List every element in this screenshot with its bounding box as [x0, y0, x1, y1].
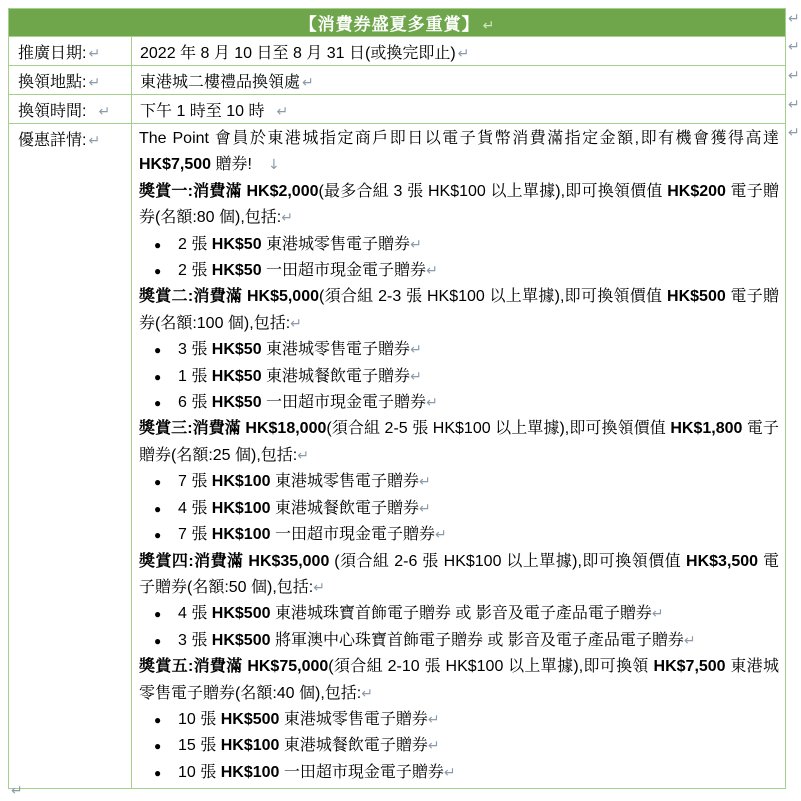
promotion-table: 【消費券盛夏多重賞】↵ 推廣日期:↵ 2022 年 8 月 10 日至 8 月 …	[8, 8, 786, 789]
label-redemption-location: 換領地點:↵	[9, 66, 132, 95]
paragraph-mark: ↵	[483, 18, 495, 34]
text-segment: 東港城零售電子贈券	[262, 341, 410, 358]
table-header-row: 【消費券盛夏多重賞】↵	[9, 9, 786, 37]
bullet-icon: ●	[154, 707, 178, 733]
paragraph-mark: ↵	[276, 104, 288, 120]
row-end-mark: ↵	[788, 68, 800, 84]
table-row-redemption-location: 換領地點:↵ 東港城二樓禮品換領處↵	[9, 66, 786, 95]
text-segment: 15 張	[178, 737, 221, 754]
text-segment: 1 張	[178, 368, 212, 385]
text-segment: 獎賞一:消費滿 HK$2,000	[139, 183, 319, 200]
label-offer-details: 優惠詳情:↵	[9, 124, 132, 789]
text-segment: 7 張	[178, 473, 212, 490]
paragraph-mark: ↵	[410, 237, 422, 253]
paragraph-mark: ↵	[410, 342, 422, 358]
bullet-item: ●3 張 HK$50 東港城零售電子贈券↵	[139, 337, 779, 363]
bullet-icon: ●	[154, 232, 178, 258]
paragraph-mark: ↵	[426, 263, 438, 279]
value-text: 東港城二樓禮品換領處	[140, 74, 300, 91]
text-segment: HK$100	[221, 737, 280, 754]
bullet-icon: ●	[154, 390, 178, 416]
value-redemption-time: 下午 1 時至 10 時↵	[132, 95, 786, 124]
text-segment: 東港城珠寶首飾電子贈券 或 影音及電子產品電子贈券	[271, 605, 652, 622]
bullet-item: ●2 張 HK$50 一田超市現金電子贈券↵	[139, 258, 779, 284]
text-segment: 6 張	[178, 394, 212, 411]
table-row-offer-details: 優惠詳情:↵ The Point 會員於東港城指定商戶即日以電子貨幣消費滿指定金…	[9, 124, 786, 789]
bullet-item: ●1 張 HK$50 東港城餐飲電子贈券↵	[139, 364, 779, 390]
bullet-icon: ●	[154, 364, 178, 390]
text-segment: 4 張	[178, 500, 212, 517]
value-text: 2022 年 8 月 10 日至 8 月 31 日(或換完即止)	[140, 45, 456, 62]
paragraph-mark: ↵	[281, 210, 293, 226]
paragraph-mark: ↵	[88, 75, 100, 91]
paragraph-mark: ↵	[426, 395, 438, 411]
bullet-icon: ●	[154, 469, 178, 495]
bullet-item: ●10 張 HK$500 東港城零售電子贈券↵	[139, 707, 779, 733]
text-segment: HK$50	[212, 368, 262, 385]
table-row-redemption-time: 換領時間:↵ 下午 1 時至 10 時↵	[9, 95, 786, 124]
text-segment: 贈券!	[211, 156, 252, 173]
text-segment: 一田超市現金電子贈券	[271, 526, 435, 543]
bullet-icon: ●	[154, 733, 178, 759]
text-segment: 3 張	[178, 341, 212, 358]
paragraph-mark: ↵	[88, 46, 100, 62]
paragraph-mark: ↵	[410, 369, 422, 385]
paragraph-mark: ↵	[98, 104, 110, 120]
text-segment: 東港城零售電子贈券	[262, 236, 410, 253]
text-segment: 東港城餐飲電子贈券	[271, 500, 419, 517]
bullet-item: ●4 張 HK$100 東港城餐飲電子贈券↵	[139, 496, 779, 522]
text-segment: HK$50	[212, 236, 262, 253]
text-segment: The Point 會員於東港城指定商戶即日以電子貨幣消費滿指定金額,即有機會獲…	[139, 130, 779, 147]
detail-paragraph: The Point 會員於東港城指定商戶即日以電子貨幣消費滿指定金額,即有機會獲…	[139, 126, 779, 179]
value-redemption-location: 東港城二樓禮品換領處↵	[132, 66, 786, 95]
text-segment: 2 張	[178, 236, 212, 253]
bullet-icon: ●	[154, 337, 178, 363]
paragraph-mark: ↵	[419, 501, 431, 517]
paragraph-mark: ↵	[444, 765, 456, 781]
text-segment: HK$50	[212, 341, 262, 358]
paragraph-mark: ↵	[302, 75, 314, 91]
table-row-promotion-date: 推廣日期:↵ 2022 年 8 月 10 日至 8 月 31 日(或換完即止)↵	[9, 37, 786, 66]
paragraph-mark: ↵	[290, 316, 302, 332]
row-end-mark: ↵	[788, 125, 800, 141]
text-segment: 10 張	[178, 711, 221, 728]
detail-paragraph: 獎賞五:消費滿 HK$75,000(須合組 2-10 張 HK$100 以上單據…	[139, 654, 779, 707]
text-segment: 3 張	[178, 632, 212, 649]
bullet-icon: ●	[154, 628, 178, 654]
text-segment: 獎賞五:消費滿 HK$75,000	[139, 658, 328, 675]
text-segment: 東港城零售電子贈券	[271, 473, 419, 490]
text-segment: HK$1,800	[670, 420, 742, 437]
text-segment: 獎賞二:消費滿 HK$5,000	[139, 288, 319, 305]
label-text: 推廣日期:	[18, 45, 86, 62]
text-segment: HK$100	[212, 500, 271, 517]
paragraph-mark: ↵	[313, 580, 325, 596]
text-segment: 將軍澳中心珠寶首飾電子贈券 或 影音及電子產品電子贈券	[271, 632, 684, 649]
label-text: 換領地點:	[18, 74, 86, 91]
text-segment: HK$3,500	[686, 553, 758, 570]
text-segment: 一田超市現金電子贈券	[262, 394, 426, 411]
paragraph-mark: ↵	[11, 783, 23, 799]
label-redemption-time: 換領時間:↵	[9, 95, 132, 124]
document-page: 【消費券盛夏多重賞】↵ 推廣日期:↵ 2022 年 8 月 10 日至 8 月 …	[0, 0, 801, 801]
paragraph-mark: ↵	[684, 633, 696, 649]
text-segment: HK$7,500	[139, 156, 211, 173]
text-segment: (須合組 2-5 張 HK$100 以上單據),即可換領價值	[326, 420, 670, 437]
bullet-item: ●4 張 HK$500 東港城珠寶首飾電子贈券 或 影音及電子產品電子贈券↵	[139, 601, 779, 627]
text-segment: 一田超市現金電子贈券	[279, 764, 443, 781]
bullet-item: ●7 張 HK$100 一田超市現金電子贈券↵	[139, 522, 779, 548]
row-end-mark: ↵	[788, 11, 800, 27]
text-segment: 東港城零售電子贈券	[279, 711, 427, 728]
value-text: 下午 1 時至 10 時	[140, 103, 264, 120]
detail-paragraph: 獎賞三:消費滿 HK$18,000(須合組 2-5 張 HK$100 以上單據)…	[139, 416, 779, 469]
text-segment: (最多合組 3 張 HK$100 以上單據),即可換領價值	[319, 183, 668, 200]
value-promotion-date: 2022 年 8 月 10 日至 8 月 31 日(或換完即止)↵	[132, 37, 786, 66]
paragraph-mark: ↵	[361, 686, 373, 702]
bullet-icon: ●	[154, 496, 178, 522]
bullet-icon: ●	[154, 760, 178, 786]
paragraph-mark: ↵	[297, 448, 309, 464]
bullet-item: ●15 張 HK$100 東港城餐飲電子贈券↵	[139, 733, 779, 759]
text-segment: 2 張	[178, 262, 212, 279]
text-segment: 東港城餐飲電子贈券	[262, 368, 410, 385]
bullet-item: ●6 張 HK$50 一田超市現金電子贈券↵	[139, 390, 779, 416]
bullet-icon: ●	[154, 258, 178, 284]
text-segment: 10 張	[178, 764, 221, 781]
text-segment: HK$500	[212, 632, 271, 649]
bullet-item: ●3 張 HK$500 將軍澳中心珠寶首飾電子贈券 或 影音及電子產品電子贈券↵	[139, 628, 779, 654]
text-segment: 獎賞三:消費滿 HK$18,000	[139, 420, 326, 437]
line-break-mark: ↓	[268, 157, 280, 173]
row-end-mark: ↵	[788, 97, 800, 113]
detail-content: The Point 會員於東港城指定商戶即日以電子貨幣消費滿指定金額,即有機會獲…	[139, 126, 779, 786]
text-segment: HK$200	[667, 183, 726, 200]
text-segment: HK$7,500	[654, 658, 726, 675]
text-segment: 7 張	[178, 526, 212, 543]
bullet-item: ●10 張 HK$100 一田超市現金電子贈券↵	[139, 760, 779, 786]
value-offer-details: The Point 會員於東港城指定商戶即日以電子貨幣消費滿指定金額,即有機會獲…	[132, 124, 786, 789]
paragraph-mark: ↵	[428, 712, 440, 728]
label-text: 換領時間:	[18, 103, 86, 120]
bullet-icon: ●	[154, 522, 178, 548]
text-segment: 4 張	[178, 605, 212, 622]
bullet-item: ●7 張 HK$100 東港城零售電子贈券↵	[139, 469, 779, 495]
text-segment: HK$100	[212, 473, 271, 490]
paragraph-mark: ↵	[428, 738, 440, 754]
text-segment: (須合組 2-6 張 HK$100 以上單據),即可換領價值	[329, 553, 686, 570]
paragraph-mark: ↵	[435, 527, 447, 543]
text-segment: HK$500	[667, 288, 726, 305]
detail-paragraph: 獎賞四:消費滿 HK$35,000 (須合組 2-6 張 HK$100 以上單據…	[139, 549, 779, 602]
text-segment: HK$500	[221, 711, 280, 728]
paragraph-mark: ↵	[652, 606, 664, 622]
text-segment: (須合組 2-10 張 HK$100 以上單據),即可換領	[328, 658, 653, 675]
detail-paragraph: 獎賞二:消費滿 HK$5,000(須合組 2-3 張 HK$100 以上單據),…	[139, 284, 779, 337]
text-segment: HK$100	[212, 526, 271, 543]
label-text: 優惠詳情:	[18, 132, 86, 149]
text-segment: HK$100	[221, 764, 280, 781]
text-segment: HK$50	[212, 262, 262, 279]
table-title: 【消費券盛夏多重賞】	[300, 15, 480, 34]
row-end-mark: ↵	[788, 39, 800, 55]
paragraph-mark: ↵	[419, 474, 431, 490]
bullet-icon: ●	[154, 601, 178, 627]
detail-paragraph: 獎賞一:消費滿 HK$2,000(最多合組 3 張 HK$100 以上單據),即…	[139, 179, 779, 232]
text-segment: HK$500	[212, 605, 271, 622]
text-segment: HK$50	[212, 394, 262, 411]
text-segment: (須合組 2-3 張 HK$100 以上單據),即可換領價值	[319, 288, 667, 305]
paragraph-mark: ↵	[88, 133, 100, 149]
bullet-item: ●2 張 HK$50 東港城零售電子贈券↵	[139, 232, 779, 258]
label-promotion-date: 推廣日期:↵	[9, 37, 132, 66]
text-segment: 獎賞四:消費滿 HK$35,000	[139, 553, 329, 570]
text-segment: 東港城餐飲電子贈券	[279, 737, 427, 754]
table-title-cell: 【消費券盛夏多重賞】↵	[9, 9, 786, 37]
text-segment: 一田超市現金電子贈券	[262, 262, 426, 279]
paragraph-mark: ↵	[458, 46, 470, 62]
